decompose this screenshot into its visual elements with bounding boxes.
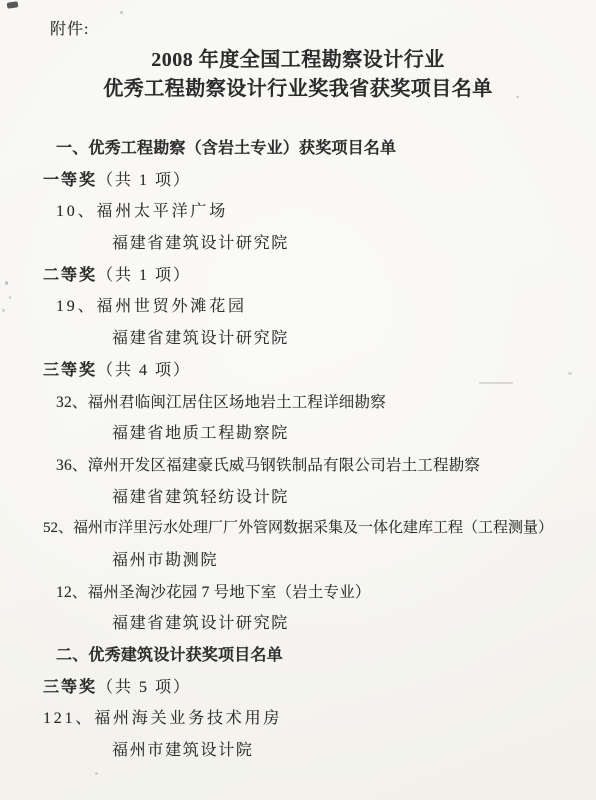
award-level-line: 一等奖（共 1 项） [43, 165, 588, 197]
scanned-document-page: 附件: 2008 年度全国工程勘察设计行业 优秀工程勘察设计行业奖我省获奖项目名… [0, 0, 596, 800]
project-line: 52、福州市洋里污水处理厂厂外管网数据采集及一体化建库工程（工程测量） [43, 513, 588, 545]
project-line: 121、福州海关业务技术用房 [43, 703, 588, 735]
organization-line: 福建省建筑设计研究院 [56, 228, 588, 260]
organization-line: 福建省建筑设计研究院 [56, 323, 588, 355]
project-line: 12、福州圣淘沙花园 7 号地下室（岩土专业） [56, 577, 588, 609]
organization-line: 福州市建筑设计院 [56, 735, 588, 767]
scan-speck [120, 11, 123, 14]
document-title-line-2: 优秀工程勘察设计行业奖我省获奖项目名单 [0, 75, 596, 104]
scan-speck [5, 281, 8, 285]
project-line: 19、福州世贸外滩花园 [56, 291, 588, 323]
scan-speck [9, 296, 11, 299]
scan-speck [2, 309, 5, 312]
award-count-label: （共 1 项） [97, 267, 191, 284]
organization-line: 福州市勘测院 [56, 545, 588, 577]
document-title-line-1: 2008 年度全国工程勘察设计行业 [0, 46, 596, 75]
project-line: 32、福州君临闽江居住区场地岩土工程详细勘察 [56, 387, 588, 419]
section-heading: 一、优秀工程勘察（含岩土专业）获奖项目名单 [56, 133, 588, 165]
award-level-line: 三等奖（共 4 项） [43, 355, 588, 387]
section-heading: 二、优秀建筑设计获奖项目名单 [56, 640, 588, 672]
award-count-label: （共 5 项） [97, 679, 191, 696]
attachment-label: 附件: [50, 16, 89, 39]
award-level-label: 三等奖 [43, 362, 97, 379]
organization-line: 福建省建筑轻纺设计院 [56, 482, 588, 514]
scan-speck [95, 772, 98, 775]
project-line: 10、福州太平洋广场 [56, 196, 588, 228]
award-count-label: （共 4 项） [97, 362, 191, 379]
award-count-label: （共 1 项） [97, 172, 191, 189]
scan-artifact-corner-mark [7, 1, 19, 8]
document-title: 2008 年度全国工程勘察设计行业 优秀工程勘察设计行业奖我省获奖项目名单 [0, 46, 596, 104]
award-level-line: 二等奖（共 1 项） [43, 260, 588, 292]
document-body: 一、优秀工程勘察（含岩土专业）获奖项目名单一等奖（共 1 项）10、福州太平洋广… [56, 133, 588, 767]
award-level-line: 三等奖（共 5 项） [43, 672, 588, 704]
award-level-label: 三等奖 [43, 679, 97, 696]
project-line: 36、漳州开发区福建豪氏威马钢铁制品有限公司岩土工程勘察 [56, 450, 588, 482]
organization-line: 福建省地质工程勘察院 [56, 418, 588, 450]
award-level-label: 一等奖 [43, 172, 97, 189]
award-level-label: 二等奖 [43, 267, 97, 284]
organization-line: 福建省建筑设计研究院 [56, 608, 588, 640]
